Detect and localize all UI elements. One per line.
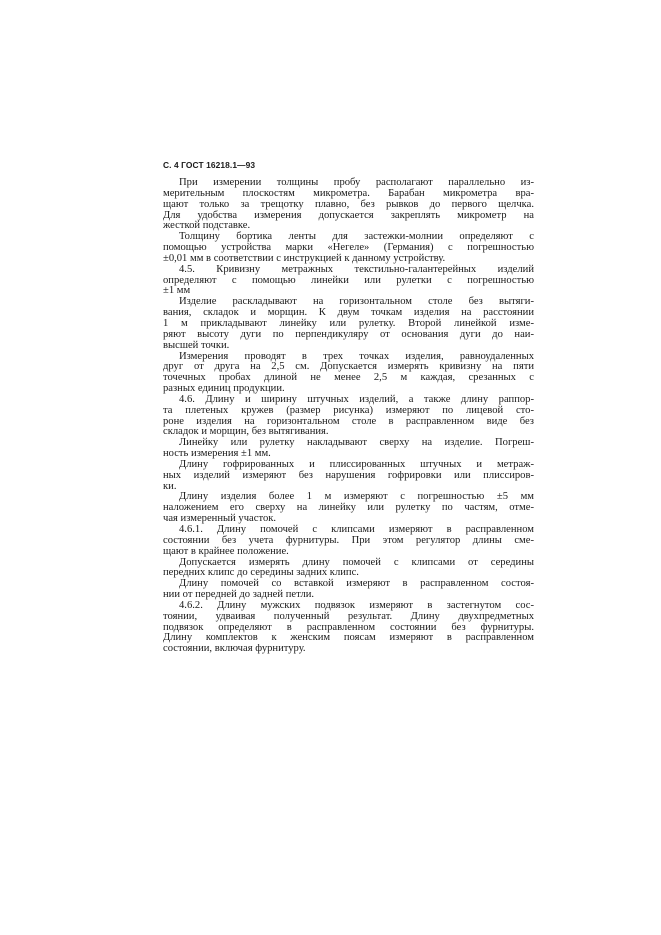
paragraph: 4.6.2. Длину мужских подвязок измеряют в…: [163, 601, 534, 655]
text-line: щают только за трещотку плавно, без рывк…: [163, 200, 534, 211]
text-line: тоянии, удваивая полученный результат. Д…: [163, 612, 534, 623]
paragraph: Изделие раскладывают на горизонтальном с…: [163, 297, 534, 351]
paragraph: При измерении толщины пробу располагают …: [163, 178, 534, 232]
page-header: С. 4 ГОСТ 16218.1—93: [163, 160, 534, 170]
paragraph: Допускается измерять длину помочей с кли…: [163, 558, 534, 580]
paragraph: Длину изделия более 1 м измеряют с погре…: [163, 492, 534, 525]
document-body: При измерении толщины пробу располагают …: [163, 178, 534, 655]
paragraph: Толщину бортика ленты для застежки-молни…: [163, 232, 534, 265]
paragraph: 4.6. Длину и ширину штучных изделий, а т…: [163, 395, 534, 438]
text-line: высшей точки.: [163, 341, 534, 352]
text-line: состоянии, включая фурнитуру.: [163, 644, 534, 655]
paragraph: Длину помочей со вставкой измеряют в рас…: [163, 579, 534, 601]
paragraph: Длину гофрированных и плиссированных шту…: [163, 460, 534, 493]
paragraph: Измерения проводят в трех точках изделия…: [163, 352, 534, 395]
paragraph: 4.6.1. Длину помочей с клипсами измеряют…: [163, 525, 534, 558]
text-line: определяют с помощью линейки или рулетки…: [163, 276, 534, 287]
paragraph: Линейку или рулетку накладывают сверху н…: [163, 438, 534, 460]
text-line: та плетеных кружев (размер рисунка) изме…: [163, 406, 534, 417]
text-line: ных изделий измеряют без нарушения гофри…: [163, 471, 534, 482]
text-line: 4.5. Кривизну метражных текстильно-галан…: [163, 265, 534, 276]
document-page: С. 4 ГОСТ 16218.1—93 При измерении толщи…: [163, 160, 534, 655]
paragraph: 4.5. Кривизну метражных текстильно-галан…: [163, 265, 534, 298]
text-line: щают в крайнее положение.: [163, 547, 534, 558]
